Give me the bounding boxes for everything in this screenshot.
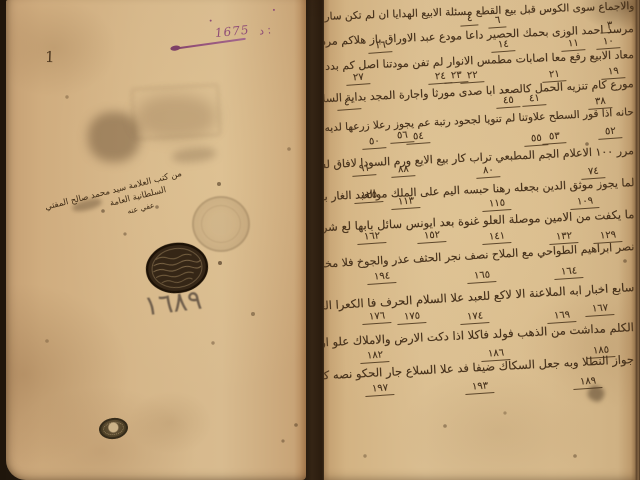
- folio-number: ١١٥: [482, 197, 512, 212]
- folio-number: ١٤: [491, 38, 516, 53]
- pencil-inventory-number: ١٦٨٩: [142, 285, 203, 323]
- folio-number: ٤١: [522, 92, 547, 107]
- folio-number: ١٦٤: [554, 265, 584, 280]
- ink-dot: [210, 19, 212, 21]
- purple-accession-note: 1675 د :: [170, 16, 284, 67]
- folio-number: ٨٨: [391, 163, 416, 178]
- gutter-crease-line: [321, 0, 323, 480]
- folio-number: ١٠: [596, 35, 621, 50]
- page-edge: [631, 0, 640, 480]
- folio-number: ١٧٥: [397, 310, 427, 325]
- folio-number: ١٦٧: [585, 302, 615, 317]
- folio-number: ٨٠: [476, 164, 501, 179]
- folio-number: ١٢٥: [354, 189, 384, 204]
- folio-number: ١٤١: [482, 230, 512, 245]
- index-row-text: حانه اذا قور السطح علاوتنا لم تنويا لجحو…: [324, 106, 634, 140]
- right-page: والاجماع سوى الكوس قبل بيع القطع مسئلة ا…: [324, 0, 640, 480]
- index-rows: والاجماع سوى الكوس قبل بيع القطع مسئلة ا…: [324, 0, 640, 480]
- folio-number: ٢٤: [428, 70, 453, 85]
- page-number: 1: [45, 48, 55, 66]
- folio-number: ٩١: [352, 162, 377, 177]
- folio-number: ١٦٢: [357, 230, 387, 245]
- folio-number: ١١٣: [391, 195, 421, 210]
- ink-smudge: [88, 112, 140, 162]
- folio-number: ٢٧: [346, 71, 371, 86]
- folio-number: ١٨٢: [360, 349, 390, 364]
- folio-number: ٤٠: [337, 96, 362, 111]
- ink-specks: [6, 0, 8, 2]
- ink-specks: [324, 0, 326, 2]
- small-round-stamp: [98, 416, 130, 441]
- folio-number: ١٩٧: [365, 382, 395, 397]
- left-page: 1 1675 د : من كتب العلامة سيد محمد صالح …: [6, 0, 306, 480]
- ownership-note: من كتب العلامة سيد محمد صالح المفتي السل…: [87, 168, 189, 226]
- folio-number: ١٦٩: [547, 309, 577, 324]
- ink-smudge: [171, 146, 216, 165]
- folio-number: ١٩٣: [465, 380, 495, 395]
- ink-smudge: [136, 95, 216, 139]
- folio-number: ١٧٦: [362, 310, 392, 325]
- manuscript-photo: 1 1675 د : من كتب العلامة سيد محمد صالح …: [0, 0, 640, 480]
- folio-number: ١٦٥: [467, 269, 497, 284]
- accession-mark: د :: [258, 23, 271, 37]
- folio-number: ٥٠: [362, 135, 387, 150]
- folio-number: ١٩٤: [367, 270, 397, 285]
- accession-underline: [172, 38, 246, 50]
- folio-number: ٤: [460, 12, 479, 26]
- folio-number: ٥٦: [390, 129, 415, 144]
- index-row-text: والاجماع سوى الكوس قبل بيع القطع مسئلة ا…: [324, 0, 634, 24]
- folio-number: ٤٥: [496, 94, 521, 109]
- ink-dot: [273, 9, 275, 11]
- folio-number: ١٥٢: [417, 229, 447, 244]
- folio-number: ٥٥: [524, 132, 549, 147]
- folio-number: ١٦: [368, 39, 393, 54]
- folio-number: ١٧٤: [460, 310, 490, 325]
- folio-number: ٥٢: [598, 125, 623, 140]
